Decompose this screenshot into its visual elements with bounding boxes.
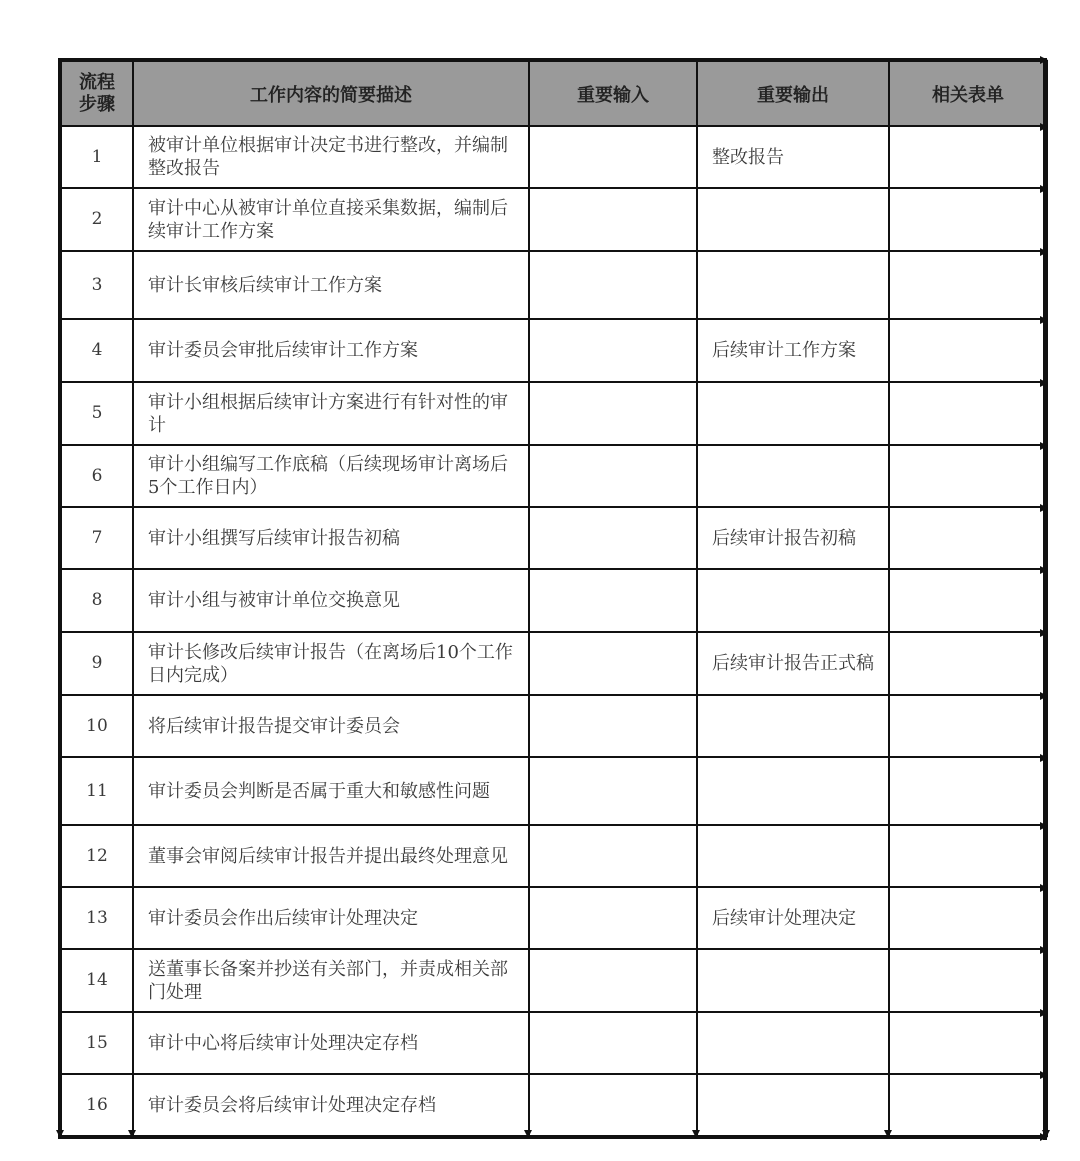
table-row: 5审计小组根据后续审计方案进行有针对性的审计: [61, 382, 1047, 445]
input-cell: [529, 126, 697, 188]
output-cell: 后续审计报告正式稿: [697, 632, 889, 695]
output-cell: [697, 949, 889, 1012]
forms-cell: [889, 887, 1047, 949]
arrowhead-right-icon: [1040, 442, 1048, 450]
forms-cell: [889, 1012, 1047, 1074]
arrowhead-right-icon: [1040, 884, 1048, 892]
header-input: 重要输入: [529, 61, 697, 126]
step-cell: 16: [61, 1074, 133, 1136]
forms-cell: [889, 507, 1047, 569]
table-row: 12董事会审阅后续审计报告并提出最终处理意见: [61, 825, 1047, 887]
description-cell: 审计委员会将后续审计处理决定存档: [133, 1074, 529, 1136]
arrowhead-down-icon: [524, 1130, 532, 1138]
output-cell: [697, 251, 889, 319]
forms-cell: [889, 382, 1047, 445]
table-row: 2审计中心从被审计单位直接采集数据，编制后续审计工作方案: [61, 188, 1047, 251]
description-cell: 审计委员会作出后续审计处理决定: [133, 887, 529, 949]
table-row: 3审计长审核后续审计工作方案: [61, 251, 1047, 319]
output-cell: 后续审计报告初稿: [697, 507, 889, 569]
input-cell: [529, 507, 697, 569]
step-cell: 11: [61, 757, 133, 825]
description-cell: 审计委员会审批后续审计工作方案: [133, 319, 529, 382]
table-row: 10将后续审计报告提交审计委员会: [61, 695, 1047, 757]
output-cell: 整改报告: [697, 126, 889, 188]
description-cell: 审计小组根据后续审计方案进行有针对性的审计: [133, 382, 529, 445]
arrowhead-right-icon: [1040, 316, 1048, 324]
input-cell: [529, 695, 697, 757]
forms-cell: [889, 757, 1047, 825]
arrowhead-down-icon: [128, 1130, 136, 1138]
arrowhead-right-icon: [1040, 504, 1048, 512]
table-frame-left: [58, 58, 62, 1138]
forms-cell: [889, 949, 1047, 1012]
arrowhead-right-icon: [1040, 692, 1048, 700]
step-cell: 14: [61, 949, 133, 1012]
description-cell: 审计长修改后续审计报告（在离场后10个工作日内完成）: [133, 632, 529, 695]
output-cell: [697, 445, 889, 507]
arrowhead-right-icon: [1040, 629, 1048, 637]
description-cell: 将后续审计报告提交审计委员会: [133, 695, 529, 757]
input-cell: [529, 949, 697, 1012]
description-cell: 审计小组与被审计单位交换意见: [133, 569, 529, 632]
header-step-line2: 步骤: [62, 94, 132, 116]
table-frame-right: [1043, 58, 1047, 1140]
arrowhead-right-icon: [1040, 566, 1048, 574]
forms-cell: [889, 569, 1047, 632]
step-cell: 4: [61, 319, 133, 382]
header-row: 流程 步骤 工作内容的简要描述 重要输入 重要输出 相关表单: [61, 61, 1047, 126]
step-cell: 10: [61, 695, 133, 757]
description-cell: 董事会审阅后续审计报告并提出最终处理意见: [133, 825, 529, 887]
forms-cell: [889, 445, 1047, 507]
output-cell: [697, 1074, 889, 1136]
description-cell: 审计小组撰写后续审计报告初稿: [133, 507, 529, 569]
step-cell: 1: [61, 126, 133, 188]
input-cell: [529, 382, 697, 445]
arrowhead-down-icon: [1042, 1130, 1050, 1138]
output-cell: [697, 1012, 889, 1074]
input-cell: [529, 319, 697, 382]
forms-cell: [889, 632, 1047, 695]
arrowhead-right-icon: [1040, 1071, 1048, 1079]
description-cell: 被审计单位根据审计决定书进行整改，并编制整改报告: [133, 126, 529, 188]
step-cell: 12: [61, 825, 133, 887]
output-cell: [697, 757, 889, 825]
step-cell: 15: [61, 1012, 133, 1074]
arrowhead-down-icon: [56, 1130, 64, 1138]
table-row: 13审计委员会作出后续审计处理决定后续审计处理决定: [61, 887, 1047, 949]
description-cell: 审计长审核后续审计工作方案: [133, 251, 529, 319]
table-row: 11审计委员会判断是否属于重大和敏感性问题: [61, 757, 1047, 825]
forms-cell: [889, 319, 1047, 382]
output-cell: [697, 695, 889, 757]
step-cell: 9: [61, 632, 133, 695]
step-cell: 8: [61, 569, 133, 632]
table-frame-top: [58, 58, 1046, 62]
output-cell: [697, 382, 889, 445]
step-cell: 3: [61, 251, 133, 319]
arrowhead-right-icon: [1040, 379, 1048, 387]
forms-cell: [889, 1074, 1047, 1136]
arrowhead-down-icon: [884, 1130, 892, 1138]
step-cell: 13: [61, 887, 133, 949]
arrowhead-right-icon: [1040, 185, 1048, 193]
arrowhead-right-icon: [1040, 56, 1048, 64]
output-cell: 后续审计工作方案: [697, 319, 889, 382]
input-cell: [529, 445, 697, 507]
input-cell: [529, 1074, 697, 1136]
arrowhead-right-icon: [1040, 822, 1048, 830]
arrowhead-right-icon: [1040, 1009, 1048, 1017]
input-cell: [529, 757, 697, 825]
arrowhead-right-icon: [1040, 123, 1048, 131]
arrowhead-right-icon: [1040, 248, 1048, 256]
header-description: 工作内容的简要描述: [133, 61, 529, 126]
input-cell: [529, 887, 697, 949]
arrowhead-down-icon: [692, 1130, 700, 1138]
table-row: 4审计委员会审批后续审计工作方案后续审计工作方案: [61, 319, 1047, 382]
table-row: 15审计中心将后续审计处理决定存档: [61, 1012, 1047, 1074]
header-output: 重要输出: [697, 61, 889, 126]
table-row: 16审计委员会将后续审计处理决定存档: [61, 1074, 1047, 1136]
input-cell: [529, 569, 697, 632]
table-row: 14送董事长备案并抄送有关部门，并责成相关部门处理: [61, 949, 1047, 1012]
forms-cell: [889, 251, 1047, 319]
forms-cell: [889, 695, 1047, 757]
description-cell: 审计中心将后续审计处理决定存档: [133, 1012, 529, 1074]
input-cell: [529, 251, 697, 319]
header-step: 流程 步骤: [61, 61, 133, 126]
step-cell: 7: [61, 507, 133, 569]
table-row: 6审计小组编写工作底稿（后续现场审计离场后5个工作日内）: [61, 445, 1047, 507]
output-cell: [697, 188, 889, 251]
description-cell: 送董事长备案并抄送有关部门，并责成相关部门处理: [133, 949, 529, 1012]
table-row: 1被审计单位根据审计决定书进行整改，并编制整改报告整改报告: [61, 126, 1047, 188]
arrowhead-right-icon: [1040, 946, 1048, 954]
output-cell: [697, 569, 889, 632]
description-cell: 审计委员会判断是否属于重大和敏感性问题: [133, 757, 529, 825]
forms-cell: [889, 825, 1047, 887]
input-cell: [529, 825, 697, 887]
header-step-line1: 流程: [62, 72, 132, 94]
output-cell: 后续审计处理决定: [697, 887, 889, 949]
table-row: 8审计小组与被审计单位交换意见: [61, 569, 1047, 632]
input-cell: [529, 1012, 697, 1074]
table-row: 9审计长修改后续审计报告（在离场后10个工作日内完成）后续审计报告正式稿: [61, 632, 1047, 695]
audit-process-table-container: 流程 步骤 工作内容的简要描述 重要输入 重要输出 相关表单 1被审计单位根据审…: [60, 60, 1046, 1137]
table-frame-bottom: [58, 1135, 1046, 1139]
audit-process-table: 流程 步骤 工作内容的简要描述 重要输入 重要输出 相关表单 1被审计单位根据审…: [60, 60, 1048, 1137]
description-cell: 审计小组编写工作底稿（后续现场审计离场后5个工作日内）: [133, 445, 529, 507]
input-cell: [529, 632, 697, 695]
step-cell: 6: [61, 445, 133, 507]
forms-cell: [889, 126, 1047, 188]
forms-cell: [889, 188, 1047, 251]
description-cell: 审计中心从被审计单位直接采集数据，编制后续审计工作方案: [133, 188, 529, 251]
step-cell: 2: [61, 188, 133, 251]
table-row: 7审计小组撰写后续审计报告初稿后续审计报告初稿: [61, 507, 1047, 569]
input-cell: [529, 188, 697, 251]
step-cell: 5: [61, 382, 133, 445]
output-cell: [697, 825, 889, 887]
arrowhead-right-icon: [1040, 754, 1048, 762]
header-forms: 相关表单: [889, 61, 1047, 126]
